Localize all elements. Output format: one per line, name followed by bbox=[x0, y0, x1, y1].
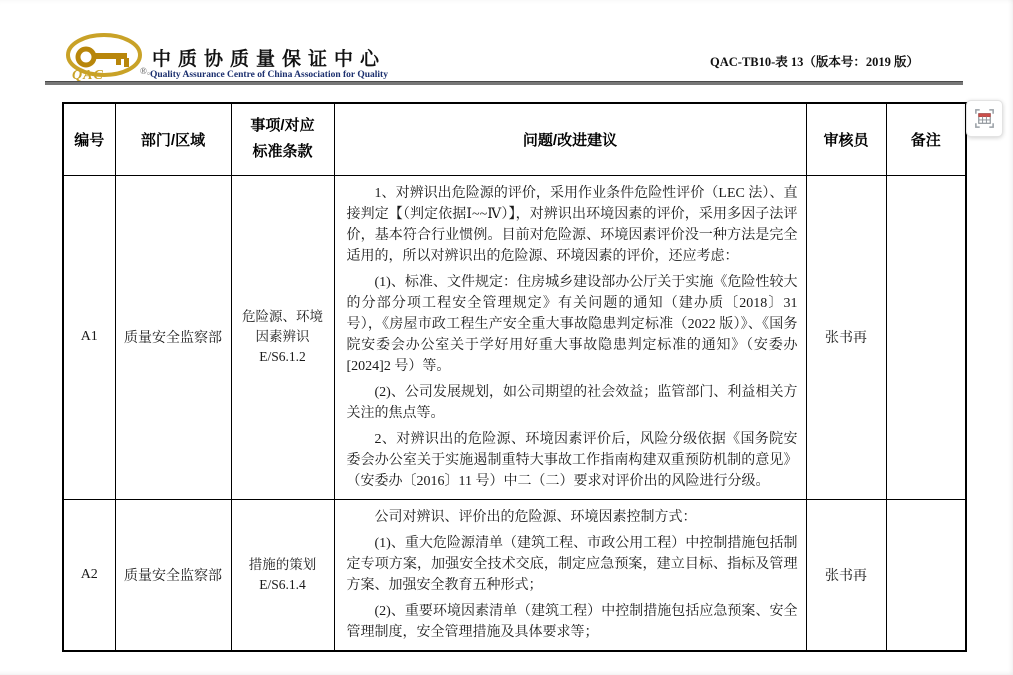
table-row: A1 质量安全监察部 危险源、环境 因素辨识 E/S6.1.2 1、对辨识出危险… bbox=[63, 175, 966, 499]
cell-remark bbox=[886, 499, 966, 651]
col-header-remark: 备注 bbox=[886, 103, 966, 175]
col-header-item: 事项/对应 标准条款 bbox=[231, 103, 334, 175]
item-line: E/S6.1.2 bbox=[234, 347, 332, 367]
table-row: A2 质量安全监察部 措施的策划 E/S6.1.4 公司对辨识、评价出的危险源、… bbox=[63, 499, 966, 651]
cell-auditor: 张书再 bbox=[806, 175, 886, 499]
cell-issue: 1、对辨识出危险源的评价，采用作业条件危险性评价（LEC 法）、直接判定【（判定… bbox=[334, 175, 806, 499]
cell-dept: 质量安全监察部 bbox=[115, 499, 231, 651]
cell-dept: 质量安全监察部 bbox=[115, 175, 231, 499]
cell-remark bbox=[886, 175, 966, 499]
item-line: 措施的策划 bbox=[234, 555, 332, 575]
table-header-row: 编号 部门/区域 事项/对应 标准条款 问题/改进建议 审核员 备注 bbox=[63, 103, 966, 175]
issue-paragraph: 2、对辨识出的危险源、环境因素评价后，风险分级依据《国务院安委会办公室关于实施遏… bbox=[347, 429, 798, 492]
col-header-auditor: 审核员 bbox=[806, 103, 886, 175]
doc-code: QAC-TB10-表 13（版本号：2019 版） bbox=[710, 52, 919, 70]
cell-item: 危险源、环境 因素辨识 E/S6.1.2 bbox=[231, 175, 334, 499]
table-capture-icon bbox=[973, 107, 996, 130]
org-title-en: Quality Assurance Centre of China Associ… bbox=[150, 70, 388, 80]
cell-id: A2 bbox=[63, 499, 115, 651]
issue-paragraph: (2)、重要环境因素清单（建筑工程）中控制措施包括应急预案、安全管理制度，安全管… bbox=[347, 601, 798, 643]
issue-paragraph: 1、对辨识出危险源的评价，采用作业条件危险性评价（LEC 法）、直接判定【（判定… bbox=[347, 183, 798, 267]
col-header-issue: 问题/改进建议 bbox=[334, 103, 806, 175]
cell-auditor: 张书再 bbox=[806, 499, 886, 651]
item-line: E/S6.1.4 bbox=[234, 575, 332, 595]
letterhead-rule bbox=[45, 81, 963, 85]
issue-paragraph: (1)、标准、文件规定：住房城乡建设部办公厅关于实施《危险性较大的分部分项工程安… bbox=[347, 272, 798, 377]
table-capture-button[interactable] bbox=[966, 100, 1003, 137]
issue-paragraph: (1)、重大危险源清单（建筑工程、市政公用工程）中控制措施包括制定专项方案，加强… bbox=[347, 533, 798, 596]
item-line: 因素辨识 bbox=[234, 327, 332, 347]
col-header-dept: 部门/区域 bbox=[115, 103, 231, 175]
cell-issue: 公司对辨识、评价出的危险源、环境因素控制方式： (1)、重大危险源清单（建筑工程… bbox=[334, 499, 806, 651]
col-header-item-line2: 标准条款 bbox=[234, 139, 332, 165]
issue-paragraph: 公司对辨识、评价出的危险源、环境因素控制方式： bbox=[347, 507, 798, 528]
col-header-item-line1: 事项/对应 bbox=[234, 113, 332, 139]
item-line: 危险源、环境 bbox=[234, 307, 332, 327]
document-page: QAC ®。 中质协质量保证中心 Quality Assurance Centr… bbox=[0, 0, 1013, 675]
issue-paragraph: (2)、公司发展规划，如公司期望的社会效益；监管部门、利益相关方关注的焦点等。 bbox=[347, 382, 798, 424]
org-title-cn: 中质协质量保证中心 bbox=[152, 44, 386, 71]
cell-id: A1 bbox=[63, 175, 115, 499]
col-header-id: 编号 bbox=[63, 103, 115, 175]
cell-item: 措施的策划 E/S6.1.4 bbox=[231, 499, 334, 651]
qac-key-logo: QAC bbox=[64, 32, 150, 84]
audit-findings-table: 编号 部门/区域 事项/对应 标准条款 问题/改进建议 审核员 备注 A1 质量… bbox=[62, 102, 967, 652]
